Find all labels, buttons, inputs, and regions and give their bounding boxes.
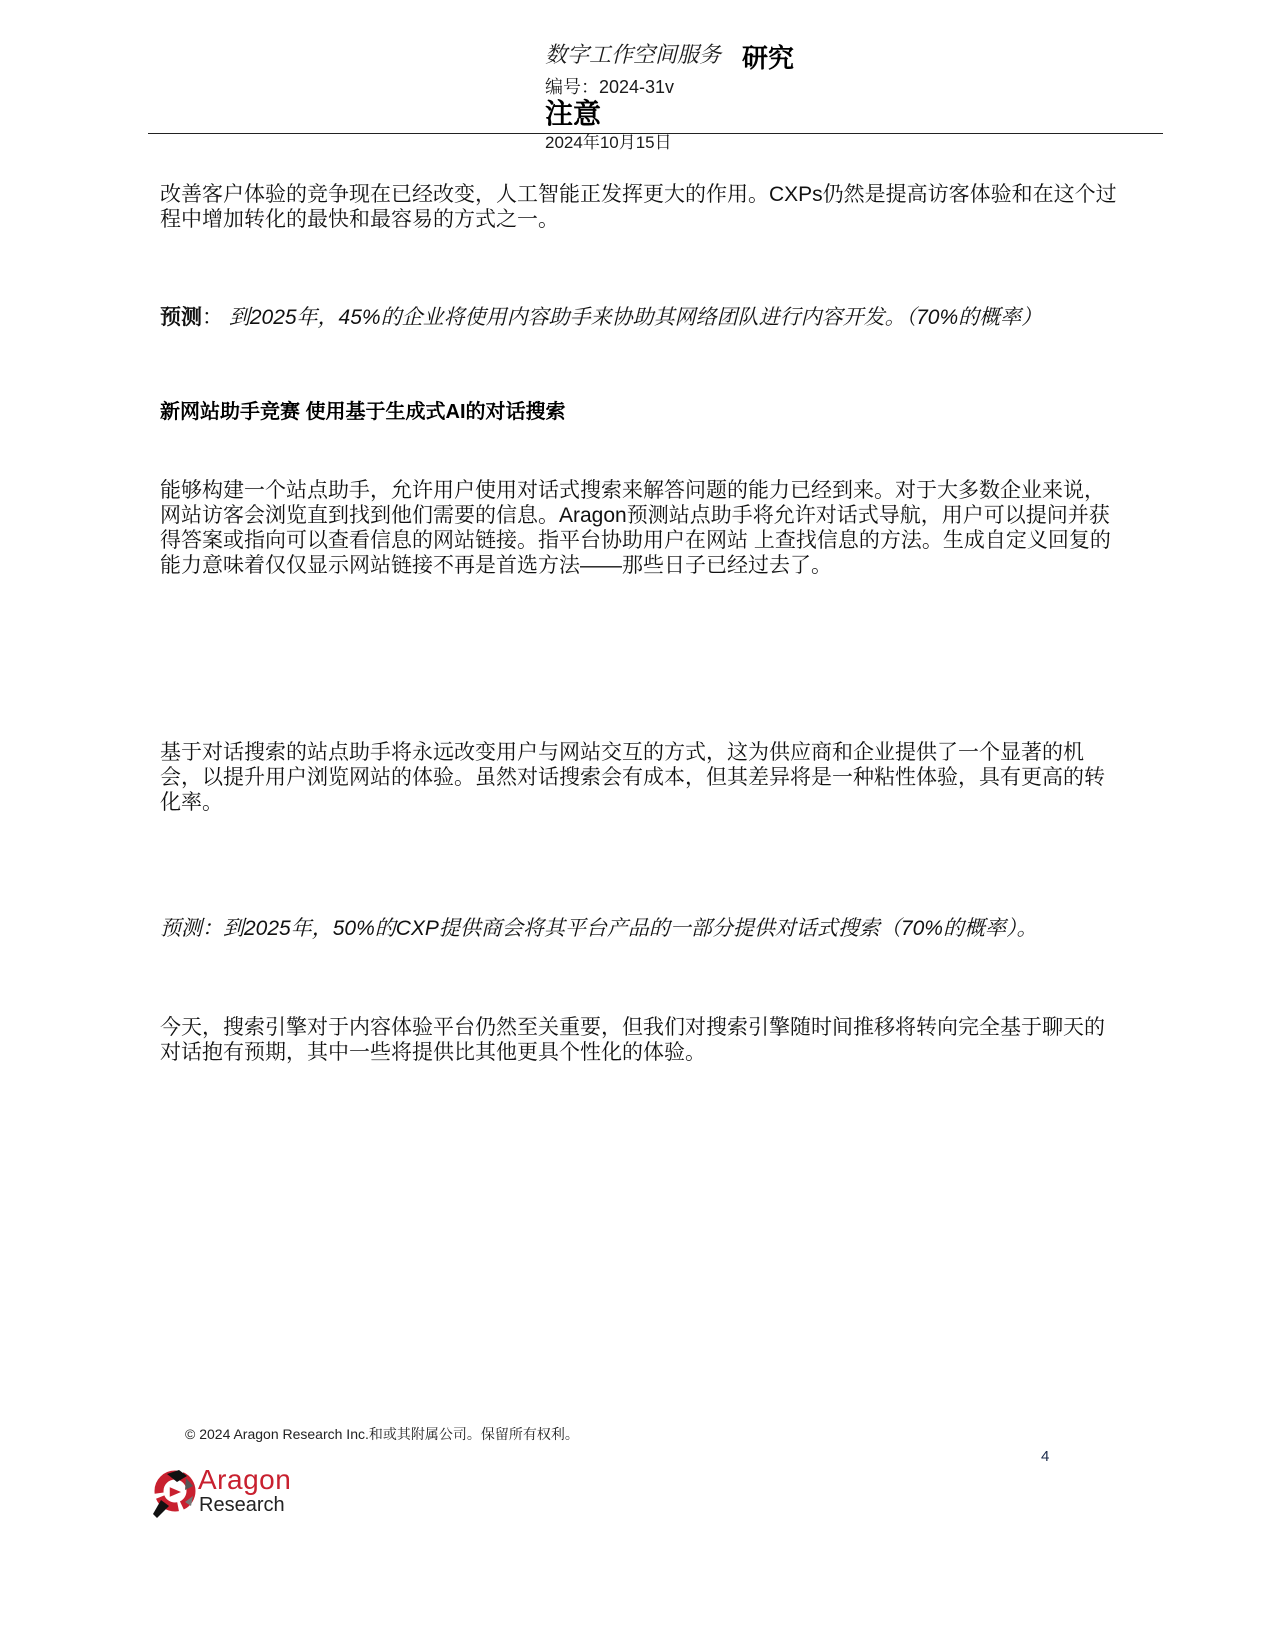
document-kind: 注意 <box>545 92 601 132</box>
page-number: 4 <box>1041 1448 1049 1465</box>
intro-paragraph: 改善客户体验的竞争现在已经改变，人工智能正发挥更大的作用。CXPs仍然是提高访客… <box>160 182 1120 232</box>
paragraph-site-assistant: 能够构建一个站点助手，允许用户使用对话式搜索来解答问题的能力已经到来。对于大多数… <box>160 478 1120 578</box>
prediction-label: 预测 <box>160 306 202 329</box>
publication-date: 2024年10月15日 <box>545 128 672 153</box>
report-type-label: 研究 <box>742 38 794 75</box>
aragon-research-logo: Aragon Research <box>153 1468 323 1523</box>
paragraph-conversational-search: 基于对话搜索的站点助手将永远改变用户与网站交互的方式，这为供应商和企业提供了一个… <box>160 740 1120 815</box>
prediction-text: 到2025年，45%的企业将使用内容助手来协助其网络团队进行内容开发。（70%的… <box>223 306 1042 329</box>
section-heading: 新网站助手竞赛 使用基于生成式AI的对话搜索 <box>160 395 566 424</box>
paragraph-search-engines: 今天，搜索引擎对于内容体验平台仍然至关重要，但我们对搜索引擎随时间推移将转向完全… <box>160 1015 1120 1065</box>
logo-mark-icon <box>153 1468 199 1520</box>
prediction-2: 预测：到2025年，50%的CXP提供商会将其平台产品的一部分提供对话式搜索（7… <box>160 916 1120 941</box>
prediction-1: 预测： 到2025年，45%的企业将使用内容助手来协助其网络团队进行内容开发。（… <box>160 305 1120 330</box>
copyright-notice: © 2024 Aragon Research Inc.和或其附属公司。保留所有权… <box>185 1424 579 1444</box>
document-header: 数字工作空间服务 研究 编号：2024-31v 注意 2024年10月15日 <box>0 0 1275 150</box>
report-series: 数字工作空间服务 <box>545 38 721 69</box>
logo-wordmark-aragon: Aragon <box>198 1464 291 1496</box>
logo-wordmark-research: Research <box>199 1494 285 1517</box>
prediction-separator: ： <box>202 306 223 329</box>
